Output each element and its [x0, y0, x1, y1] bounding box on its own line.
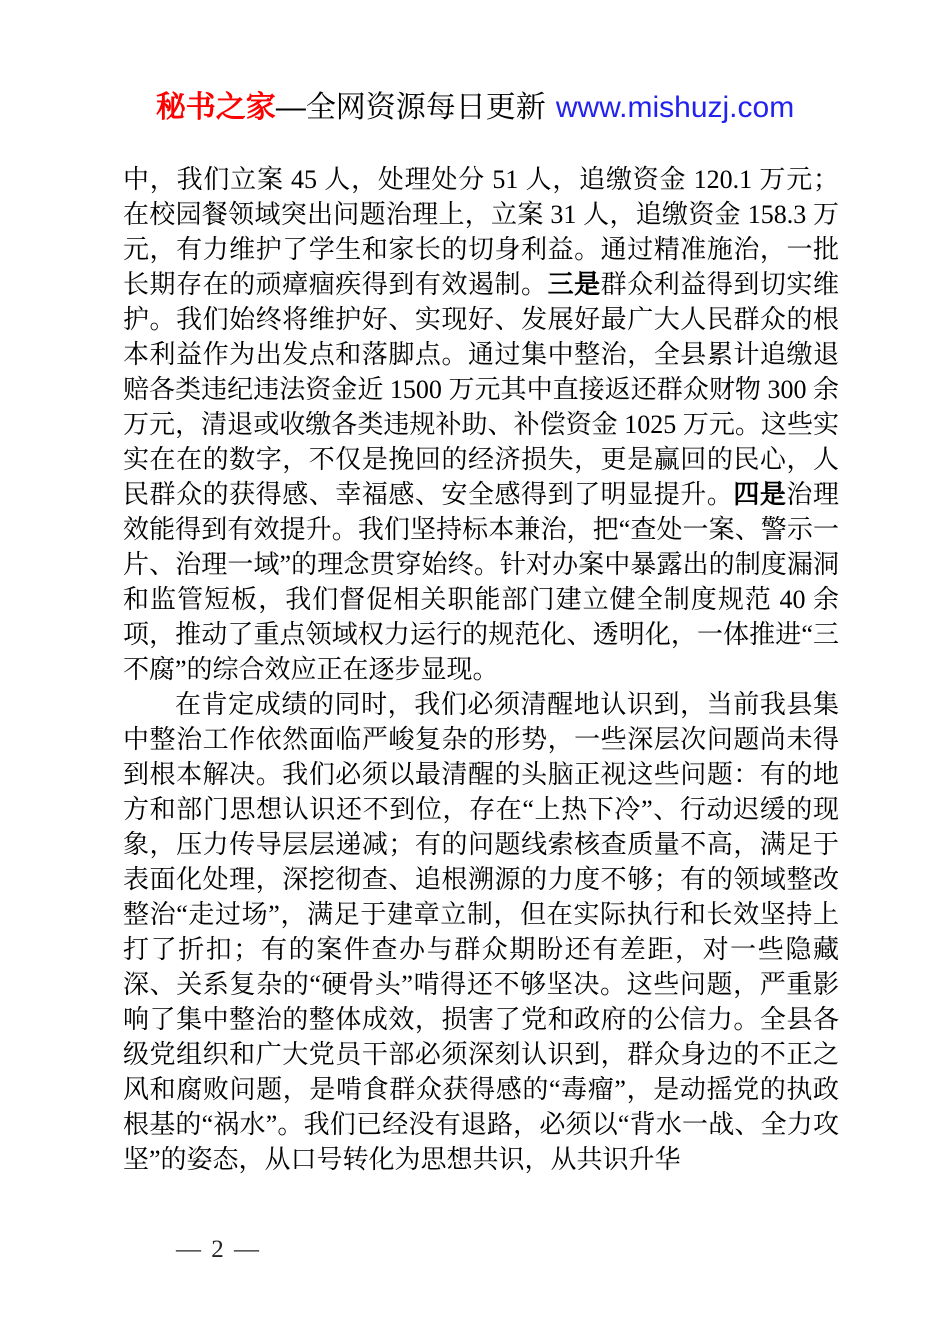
- emphasis-run: 四是: [733, 479, 786, 509]
- text-run: 在肯定成绩的同时，我们必须清醒地认识到，当前我县集中整治工作依然面临严峻复杂的形…: [123, 690, 839, 1174]
- header-tagline: 全网资源每日更新: [306, 91, 546, 124]
- brand-text: 秘书之家: [156, 91, 276, 124]
- document-body: 中，我们立案 45 人，处理处分 51 人，追缴资金 120.1 万元；在校园餐…: [123, 162, 839, 1177]
- header-separator: —: [276, 91, 306, 124]
- page-number: — 2 —: [176, 1236, 261, 1264]
- document-page: 秘书之家—全网资源每日更新www.mishuzj.com 中，我们立案 45 人…: [0, 0, 950, 1344]
- paragraph: 中，我们立案 45 人，处理处分 51 人，追缴资金 120.1 万元；在校园餐…: [123, 162, 839, 687]
- page-header: 秘书之家—全网资源每日更新www.mishuzj.com: [0, 86, 950, 130]
- paragraph: 在肯定成绩的同时，我们必须清醒地认识到，当前我县集中整治工作依然面临严峻复杂的形…: [123, 687, 839, 1177]
- emphasis-run: 三是: [548, 269, 601, 299]
- text-run: 群众利益得到切实维护。我们始终将维护好、实现好、发展好最广大人民群众的根本利益作…: [123, 270, 839, 509]
- site-url-link[interactable]: www.mishuzj.com: [556, 91, 794, 124]
- text-run: 治理效能得到有效提升。我们坚持标本兼治，把“查处一案、警示一片、治理一域”的理念…: [123, 480, 839, 684]
